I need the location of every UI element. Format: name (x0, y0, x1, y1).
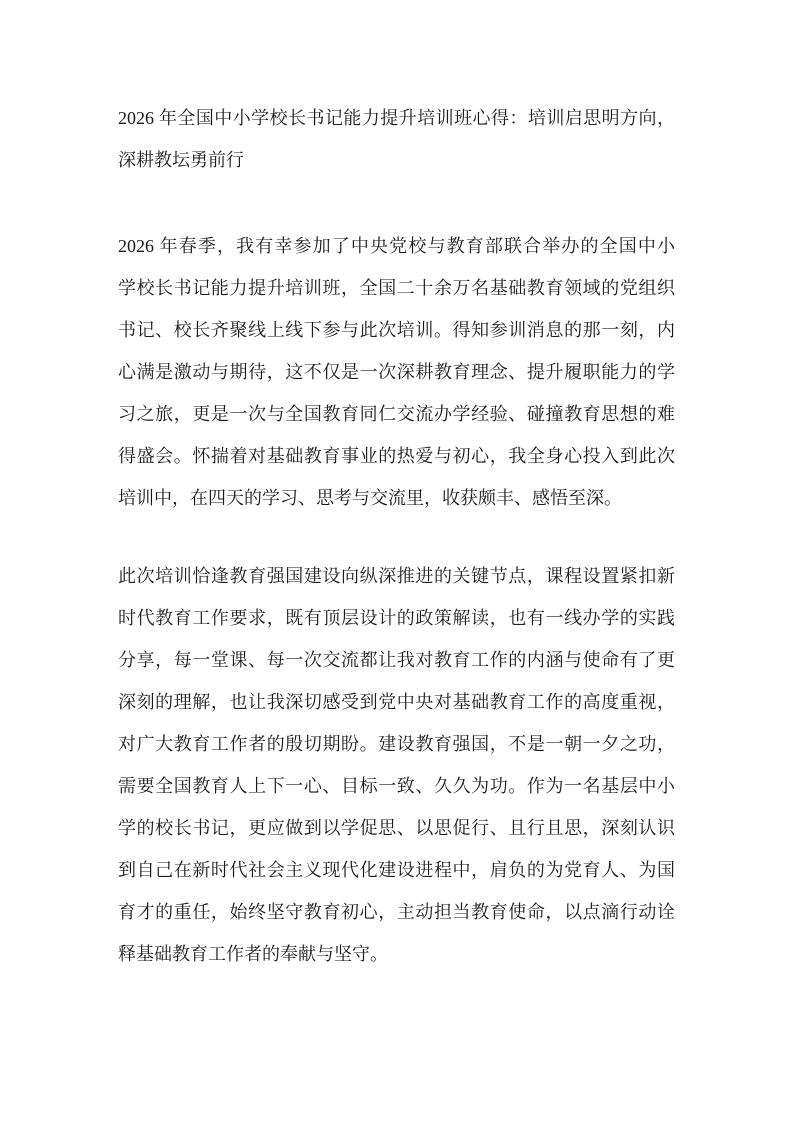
paragraph-line: 书记、校长齐聚线上线下参与此次培训。得知参训消息的那一刻，内 (118, 309, 675, 351)
paragraph-line: 需要全国教育人上下一心、目标一致、久久为功。作为一名基层中小 (118, 765, 675, 807)
paragraph-line: 育才的重任，始终坚守教育初心，主动担当教育使命，以点滴行动诠 (118, 891, 675, 933)
document-page: 2026 年全国中小学校长书记能力提升培训班心得：培训启思明方向， 深耕教坛勇前… (0, 0, 793, 1122)
paragraph-line: 释基础教育工作者的奉献与坚守。 (118, 933, 675, 975)
document-title-line: 深耕教坛勇前行 (118, 139, 675, 181)
document-title-line: 2026 年全国中小学校长书记能力提升培训班心得：培训启思明方向， (118, 97, 675, 139)
paragraph-line: 到自己在新时代社会主义现代化建设进程中，肩负的为党育人、为国 (118, 849, 675, 891)
paragraph-line: 对广大教育工作者的殷切期盼。建设教育强国，不是一朝一夕之功， (118, 723, 675, 765)
paragraph-line: 2026 年春季，我有幸参加了中央党校与教育部联合举办的全国中小 (118, 225, 675, 267)
paragraph-line: 习之旅，更是一次与全国教育同仁交流办学经验、碰撞教育思想的难 (118, 393, 675, 435)
paragraph-1: 2026 年春季，我有幸参加了中央党校与教育部联合举办的全国中小 学校长书记能力… (118, 225, 675, 519)
paragraph-line: 学校长书记能力提升培训班，全国二十余万名基础教育领域的党组织 (118, 267, 675, 309)
document-title: 2026 年全国中小学校长书记能力提升培训班心得：培训启思明方向， 深耕教坛勇前… (118, 97, 675, 181)
paragraph-line: 深刻的理解，也让我深切感受到党中央对基础教育工作的高度重视， (118, 681, 675, 723)
paragraph-line: 得盛会。怀揣着对基础教育事业的热爱与初心，我全身心投入到此次 (118, 435, 675, 477)
paragraph-line: 培训中，在四天的学习、思考与交流里，收获颇丰、感悟至深。 (118, 477, 675, 519)
paragraph-line: 此次培训恰逢教育强国建设向纵深推进的关键节点，课程设置紧扣新 (118, 555, 675, 597)
paragraph-line: 学的校长书记，更应做到以学促思、以思促行、且行且思，深刻认识 (118, 807, 675, 849)
paragraph-line: 心满是激动与期待，这不仅是一次深耕教育理念、提升履职能力的学 (118, 351, 675, 393)
paragraph-2: 此次培训恰逢教育强国建设向纵深推进的关键节点，课程设置紧扣新 时代教育工作要求，… (118, 555, 675, 975)
paragraph-line: 时代教育工作要求，既有顶层设计的政策解读，也有一线办学的实践 (118, 597, 675, 639)
text-column: 2026 年全国中小学校长书记能力提升培训班心得：培训启思明方向， 深耕教坛勇前… (118, 97, 675, 975)
paragraph-line: 分享，每一堂课、每一次交流都让我对教育工作的内涵与使命有了更 (118, 639, 675, 681)
